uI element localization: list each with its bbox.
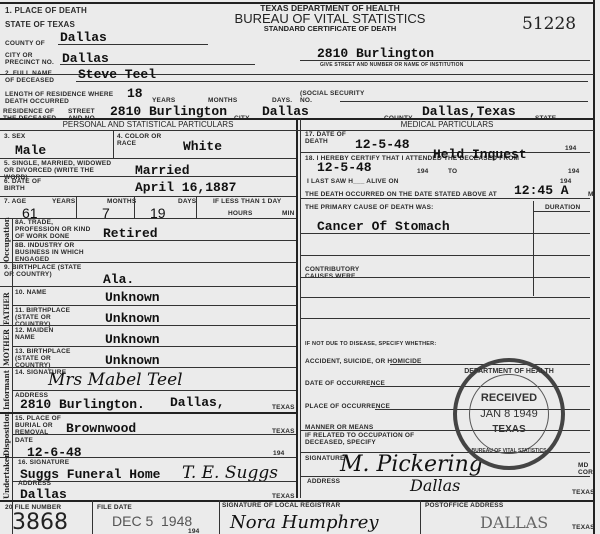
father-name: Unknown: [105, 290, 160, 305]
months-label: MONTHS: [208, 97, 237, 104]
row-line: [0, 286, 296, 287]
disposition-side-label: Disposition: [2, 414, 11, 456]
primary-cause-label: THE PRIMARY CAUSE OF DEATH WAS:: [305, 204, 434, 211]
row-line: [533, 211, 590, 212]
mother-birthplace-label: 13. BIRTHPLACE (STATE OR COUNTRY): [15, 348, 85, 369]
physician-signature: M. Pickering: [340, 452, 483, 477]
undertaker-signature: T. E. Suggs: [182, 463, 278, 483]
texas-label: TEXAS: [272, 493, 295, 500]
title-underline: [0, 130, 594, 131]
certify-overlay: Held Inquest: [433, 147, 527, 162]
duration-divider: [533, 201, 534, 296]
from-date: 12-5-48: [317, 160, 372, 175]
column-divider-inner: [300, 118, 301, 498]
dod-label: 17. DATE OF DEATH: [305, 131, 355, 145]
trade-value: Retired: [103, 226, 158, 241]
street-hint: GIVE STREET AND NUMBER OR NAME OF INSTIT…: [320, 62, 464, 69]
informant-city: Dallas,: [170, 395, 225, 410]
sex-label: 3. SEX: [4, 133, 25, 140]
texas-label: TEXAS: [572, 524, 595, 531]
occurred-label: THE DEATH OCCURRED ON THE DATE STATED AB…: [305, 191, 497, 198]
row-line: [0, 262, 296, 263]
county-label: COUNTY OF: [5, 40, 45, 47]
county-underline: [58, 44, 208, 45]
registrar-signature: Nora Humphrey: [230, 512, 379, 533]
physician-address-label: ADDRESS: [307, 478, 340, 485]
row-line: [300, 318, 590, 319]
column-divider: [296, 118, 298, 498]
row-line: [0, 176, 296, 177]
birthplace-label: 9. BIRTHPLACE (STATE OR COUNTRY): [4, 264, 84, 278]
dob-label: 6. DATE OF BIRTH: [4, 178, 54, 192]
time-value: 12:45 A: [514, 183, 569, 198]
occupation-related-label: IF RELATED TO OCCUPATION OF DECEASED, SP…: [305, 432, 415, 446]
undertaker-sig-label: 16. SIGNATURE: [18, 459, 69, 466]
undertaker-side-label: Undertaker: [2, 459, 11, 499]
father-side-label: FATHER: [2, 288, 11, 330]
sex-value: Male: [15, 143, 46, 158]
m-label: M.: [588, 191, 596, 198]
certificate-number: 51228: [522, 14, 576, 34]
mother-birthplace: Unknown: [105, 353, 160, 368]
row-line: [0, 412, 296, 414]
father-name-label: 10. NAME: [15, 289, 47, 296]
physician-signature-label: SIGNATURE: [305, 455, 345, 462]
row-line: [12, 481, 296, 482]
postoffice-value: DALLAS: [480, 513, 548, 532]
row-line: [12, 240, 296, 241]
burial-date-label: DATE: [15, 437, 33, 444]
texas-label: TEXAS: [572, 489, 595, 496]
row-line: [0, 367, 296, 368]
year-suffix: 194: [417, 168, 428, 175]
birthplace-value: Ala.: [103, 272, 134, 287]
year-suffix: 194: [565, 145, 576, 152]
state-label: STATE OF TEXAS: [5, 20, 75, 29]
industry-label: 8B. INDUSTRY OR BUSINESS IN WHICH ENGAGE…: [15, 242, 95, 263]
year-suffix: 194: [273, 450, 284, 457]
trade-label: 8A. TRADE, PROFESSION OR KIND OF WORK DO…: [15, 219, 95, 240]
informant-address: 2810 Burlington.: [20, 397, 145, 412]
age-divider: [76, 196, 77, 218]
file-date-label: FILE DATE: [97, 504, 132, 511]
informant-signature: Mrs Mabel Teel: [48, 370, 183, 390]
stamp-received: RECEIVED: [457, 392, 561, 404]
full-name-label: 2. FULL NAME OF DECEASED: [5, 70, 60, 84]
year-suffix: 194: [568, 168, 579, 175]
sex-color-divider: [113, 130, 114, 158]
primary-cause: Cancer Of Stomach: [317, 219, 450, 234]
death-certificate: 1. PLACE OF DEATH STATE OF TEXAS TEXAS D…: [0, 0, 600, 534]
postoffice-label: POSTOFFICE ADDRESS: [425, 502, 503, 509]
row-line: [12, 390, 296, 391]
texas-label: TEXAS: [272, 404, 295, 411]
registrar-label: SIGNATURE OF LOCAL REGISTRAR: [222, 502, 340, 509]
duration-label: DURATION: [545, 204, 580, 211]
less-than-day-label: IF LESS THAN 1 DAY: [213, 198, 281, 205]
residence-county-state: Dallas,Texas: [422, 104, 516, 119]
row-line: [0, 457, 296, 458]
row-line: [12, 346, 296, 347]
right-border: [593, 0, 595, 534]
mother-maiden-label: 12. MAIDEN NAME: [15, 327, 65, 341]
place-street-value: 2810 Burlington: [317, 46, 434, 61]
stamp-state: TEXAS: [457, 424, 561, 435]
md-cor-label: MD COR: [578, 462, 594, 476]
age-label: 7. AGE: [4, 198, 26, 205]
row-line: [300, 233, 590, 234]
residence-city: Dallas: [262, 104, 309, 119]
stamp-date: JAN 8 1949: [457, 408, 561, 420]
row-line: [300, 297, 590, 298]
stamp-bottom-text: BUREAU OF VITAL STATISTICS: [457, 448, 561, 454]
received-stamp: DEPARTMENT OF HEALTH RECEIVED JAN 8 1949…: [453, 358, 565, 470]
city-label: CITY OR PRECINCT NO.: [5, 52, 60, 66]
medical-section-title: MEDICAL PARTICULARS: [300, 120, 594, 129]
days-label: DAYS.: [272, 97, 292, 104]
age-divider: [196, 196, 197, 218]
deceased-name: Steve Teel: [78, 67, 156, 82]
name-underline: [76, 81, 588, 82]
residence-street: 2810 Burlington: [110, 104, 227, 119]
color-label: 4. COLOR OR RACE: [117, 133, 167, 147]
residence-length-label: LENGTH OF RESIDENCE WHERE DEATH OCCURRED: [5, 91, 120, 105]
last-saw-label: I LAST SAW H___ ALIVE ON: [307, 178, 399, 185]
row-line: [12, 305, 296, 306]
mother-side-label: MOTHER: [2, 327, 11, 369]
row-line: [0, 158, 296, 159]
not-disease-label: IF NOT DUE TO DISEASE, SPECIFY WHETHER:: [305, 341, 436, 348]
row-line: [300, 277, 590, 278]
residence-years: 18: [127, 86, 143, 101]
father-birthplace: Unknown: [105, 311, 160, 326]
ssn-underline: [340, 101, 588, 102]
city-underline: [60, 64, 255, 65]
undertaker-address-label: ADDRESS: [18, 480, 51, 487]
age-divider: [134, 196, 135, 218]
personal-section-title: PERSONAL AND STATISTICAL PARTICULARS: [0, 120, 296, 129]
row-line: [300, 255, 590, 256]
mother-maiden: Unknown: [105, 332, 160, 347]
hours-label: HOURS: [228, 210, 252, 217]
row-line: [0, 325, 296, 326]
age-years-label: YEARS: [52, 198, 75, 205]
physician-address: Dallas: [410, 476, 460, 495]
stamp-top-text: DEPARTMENT OF HEALTH: [457, 368, 561, 375]
row-line: [300, 198, 590, 199]
dod-value: 12-5-48: [355, 137, 410, 152]
file-divider: [420, 500, 421, 534]
form-title: STANDARD CERTIFICATE OF DEATH: [180, 24, 480, 33]
county-value: Dallas: [60, 30, 107, 45]
informant-side-label: Informant: [2, 369, 11, 411]
dob-value: April 16,1887: [135, 180, 236, 195]
file-divider: [92, 500, 93, 534]
age-days-label: DAYS: [178, 198, 196, 205]
file-number: 3868: [12, 510, 68, 534]
min-label: MIN: [282, 210, 295, 217]
to-label: TO: [448, 168, 457, 175]
file-date: DEC 5 1948: [112, 513, 192, 529]
row-line: [0, 196, 296, 197]
year-suffix: 194: [188, 528, 199, 534]
place-of-death-label: 1. PLACE OF DEATH: [5, 6, 87, 15]
row-line: [12, 434, 296, 435]
color-value: White: [183, 139, 222, 154]
age-months-label: MONTHS: [107, 198, 136, 205]
years-label: YEARS: [152, 97, 175, 104]
occupation-side-label: Occupation: [2, 220, 11, 262]
street-underline: [300, 60, 590, 61]
file-divider: [219, 500, 220, 534]
